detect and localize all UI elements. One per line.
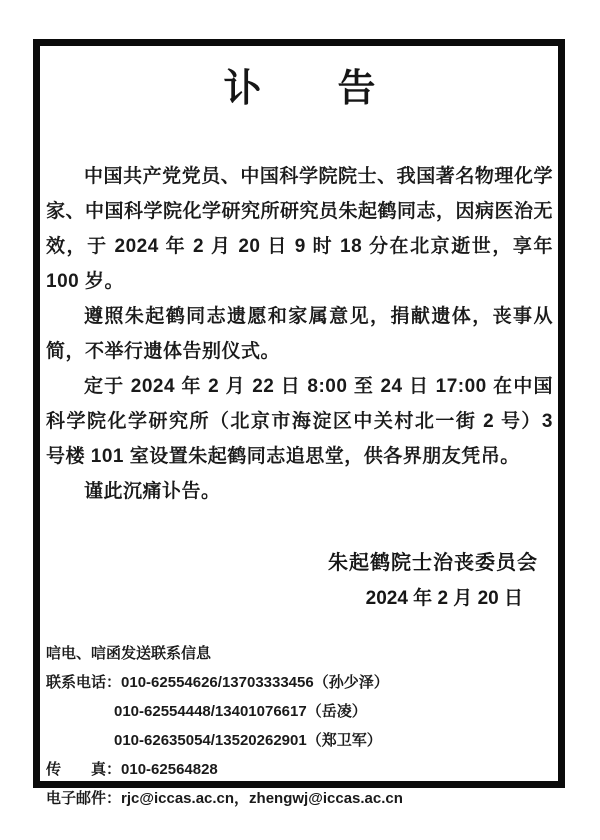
paragraph-closing: 谨此沉痛讣告。 — [46, 474, 553, 509]
contact-phone-row-3: 010-62635054/13520262901（郑卫军） — [46, 726, 553, 755]
notice-frame: 讣 告 中国共产党党员、中国科学院院士、我国著名物理化学家、中国科学院化学研究所… — [33, 39, 565, 788]
paragraph-body-donation: 遵照朱起鹤同志遗愿和家属意见，捐献遗体，丧事从简，不举行遗体告别仪式。 — [46, 299, 553, 369]
contact-section: 唁电、唁函发送联系信息 联系电话：010-62554626/1370333345… — [46, 639, 553, 813]
contact-fax-row: 传 真：010-62564828 — [46, 755, 553, 784]
notice-body: 中国共产党党员、中国科学院院士、我国著名物理化学家、中国科学院化学研究所研究员朱… — [46, 159, 553, 509]
phone-label: 联系电话： — [46, 674, 121, 691]
fax-label: 传 真： — [46, 761, 121, 778]
phone-value-1: 010-62554626/13703333456（孙少泽） — [121, 674, 389, 691]
signature-date: 2024 年 2 月 20 日 — [46, 581, 553, 616]
signature-committee: 朱起鹤院士治丧委员会 — [46, 546, 553, 581]
signature-block: 朱起鹤院士治丧委员会 2024 年 2 月 20 日 — [46, 546, 553, 616]
phone-value-3: 010-62635054/13520262901（郑卫军） — [114, 732, 382, 749]
contact-phone-row-2: 010-62554448/13401076617（岳凌） — [46, 697, 553, 726]
email-value: rjc@iccas.ac.cn，zhengwj@iccas.ac.cn — [121, 790, 403, 807]
email-label: 电子邮件： — [46, 790, 121, 807]
phone-value-2: 010-62554448/13401076617（岳凌） — [114, 703, 367, 720]
obituary-page: 讣 告 中国共产党党员、中国科学院院士、我国著名物理化学家、中国科学院化学研究所… — [0, 0, 600, 840]
contact-phone-row-1: 联系电话：010-62554626/13703333456（孙少泽） — [46, 668, 553, 697]
contact-heading: 唁电、唁函发送联系信息 — [46, 639, 553, 668]
paragraph-memorial-hall: 定于 2024 年 2 月 22 日 8:00 至 24 日 17:00 在中国… — [46, 369, 553, 474]
fax-value: 010-62564828 — [121, 761, 218, 778]
paragraph-death-announcement: 中国共产党党员、中国科学院院士、我国著名物理化学家、中国科学院化学研究所研究员朱… — [46, 159, 553, 299]
contact-email-row: 电子邮件：rjc@iccas.ac.cn，zhengwj@iccas.ac.cn — [46, 784, 553, 813]
notice-title: 讣 告 — [46, 66, 553, 112]
